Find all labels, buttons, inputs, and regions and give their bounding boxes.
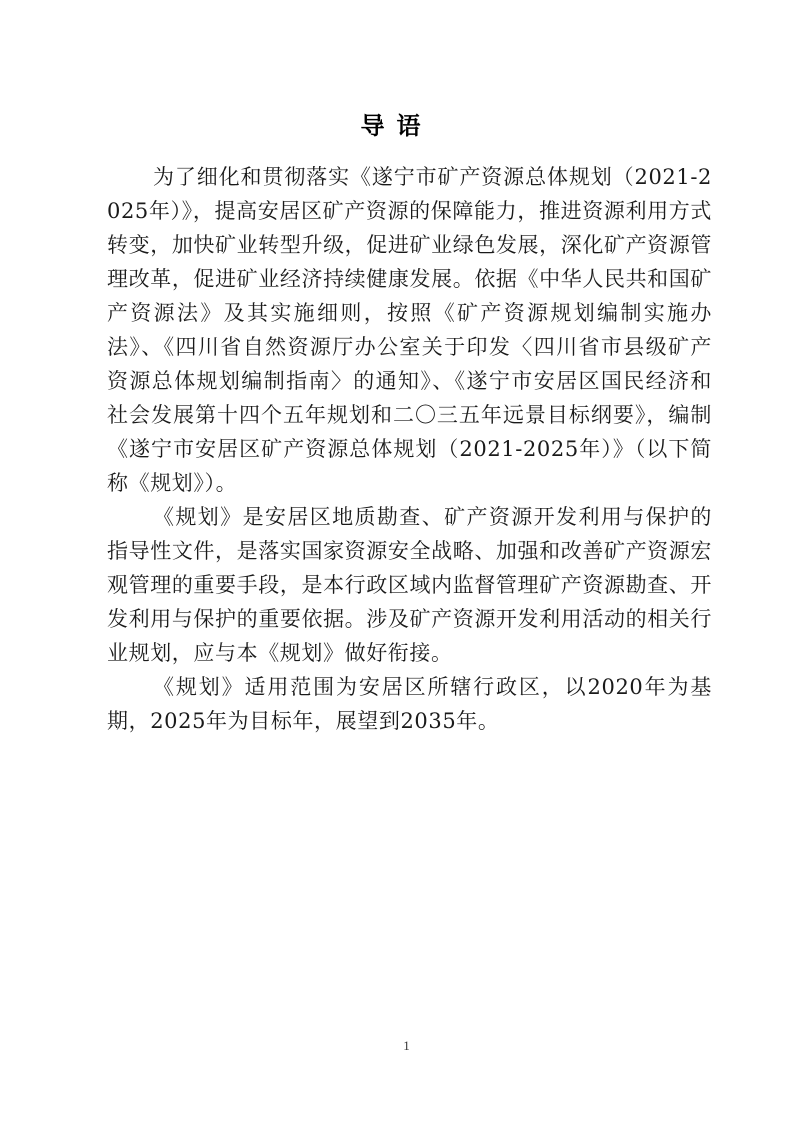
document-page: 导语 为了细化和贯彻落实《遂宁市矿产资源总体规划（2021-2025年）》，提高… bbox=[0, 0, 793, 1122]
paragraph-role: 《规划》是安居区地质勘查、矿产资源开发利用与保护的指导性文件，是落实国家资源安全… bbox=[107, 500, 712, 670]
document-body: 为了细化和贯彻落实《遂宁市矿产资源总体规划（2021-2025年）》，提高安居区… bbox=[107, 160, 712, 738]
page-title: 导语 bbox=[0, 110, 793, 142]
page-number: 1 bbox=[0, 1038, 793, 1054]
paragraph-intro: 为了细化和贯彻落实《遂宁市矿产资源总体规划（2021-2025年）》，提高安居区… bbox=[107, 160, 712, 500]
paragraph-scope: 《规划》适用范围为安居区所辖行政区，以2020年为基期，2025年为目标年，展望… bbox=[107, 670, 712, 738]
